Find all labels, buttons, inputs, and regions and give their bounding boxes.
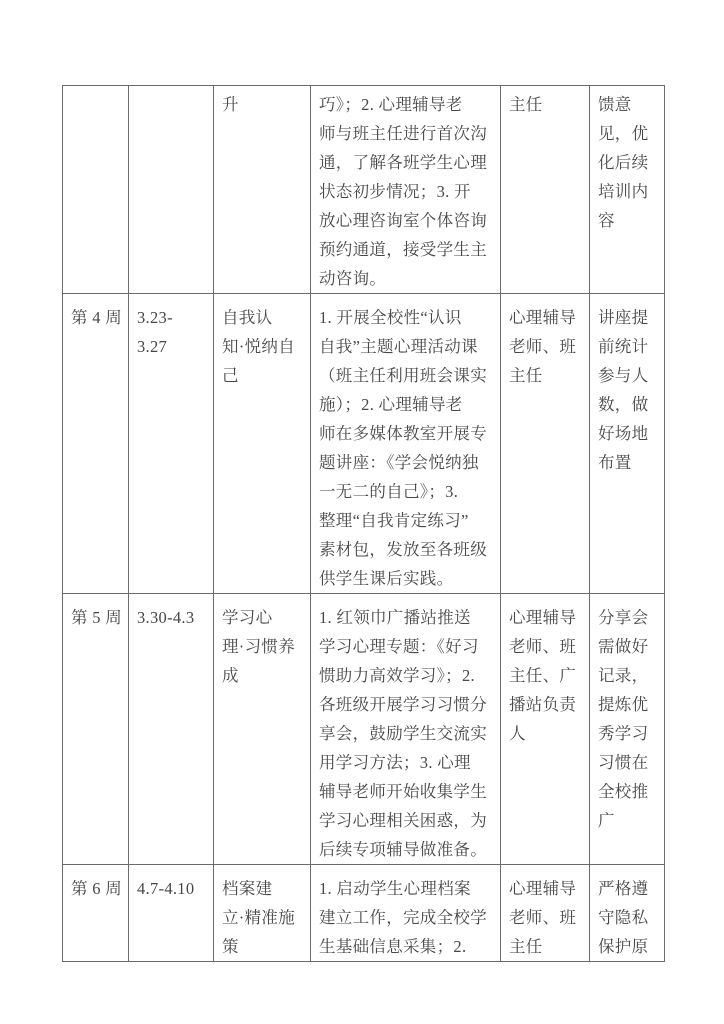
cell-theme: 升 xyxy=(214,86,311,294)
cell-week xyxy=(63,86,129,294)
cell-week: 第 4 周 xyxy=(63,294,129,594)
table-row-continuation: 升 巧》；2. 心理辅导老 师与班主任进行首次沟 通，了解各班学生心理 状态初步… xyxy=(63,86,665,294)
cell-theme: 自我认 知·悦纳自 己 xyxy=(214,294,311,594)
table-row-week5: 第 5 周 3.30-4.3 学习心 理·习惯养 成 1. 红领巾广播站推送 学… xyxy=(63,594,665,865)
cell-week: 第 6 周 xyxy=(63,865,129,962)
cell-responsible: 心理辅导 老师、班 主任 xyxy=(501,865,590,962)
cell-content: 1. 启动学生心理档案 建立工作，完成全校学 生基础信息采集；2. xyxy=(311,865,501,962)
cell-dates: 4.7-4.10 xyxy=(129,865,214,962)
cell-theme: 学习心 理·习惯养 成 xyxy=(214,594,311,865)
table-row-week4: 第 4 周 3.23- 3.27 自我认 知·悦纳自 己 1. 开展全校性“认识… xyxy=(63,294,665,594)
cell-content: 巧》；2. 心理辅导老 师与班主任进行首次沟 通，了解各班学生心理 状态初步情况… xyxy=(311,86,501,294)
cell-responsible: 心理辅导 老师、班 主任、广 播站负责 人 xyxy=(501,594,590,865)
cell-theme: 档案建 立·精准施 策 xyxy=(214,865,311,962)
document-page: 升 巧》；2. 心理辅导老 师与班主任进行首次沟 通，了解各班学生心理 状态初步… xyxy=(0,0,724,1024)
cell-remarks: 讲座提 前统计 参与人 数，做 好场地 布置 xyxy=(590,294,665,594)
cell-content: 1. 红领巾广播站推送 学习心理专题：《好习 惯助力高效学习》；2. 各班级开展… xyxy=(311,594,501,865)
weekly-plan-table: 升 巧》；2. 心理辅导老 师与班主任进行首次沟 通，了解各班学生心理 状态初步… xyxy=(62,85,665,962)
cell-responsible: 心理辅导 老师、班 主任 xyxy=(501,294,590,594)
cell-responsible: 主任 xyxy=(501,86,590,294)
cell-remarks: 分享会 需做好 记录， 提炼优 秀学习 习惯在 全校推 广 xyxy=(590,594,665,865)
cell-remarks: 严格遵 守隐私 保护原 xyxy=(590,865,665,962)
table-row-week6: 第 6 周 4.7-4.10 档案建 立·精准施 策 1. 启动学生心理档案 建… xyxy=(63,865,665,962)
cell-remarks: 馈意 见，优 化后续 培训内 容 xyxy=(590,86,665,294)
cell-dates: 3.23- 3.27 xyxy=(129,294,214,594)
cell-content: 1. 开展全校性“认识 自我”主题心理活动课 （班主任利用班会课实 施）；2. … xyxy=(311,294,501,594)
cell-week: 第 5 周 xyxy=(63,594,129,865)
cell-dates xyxy=(129,86,214,294)
cell-dates: 3.30-4.3 xyxy=(129,594,214,865)
